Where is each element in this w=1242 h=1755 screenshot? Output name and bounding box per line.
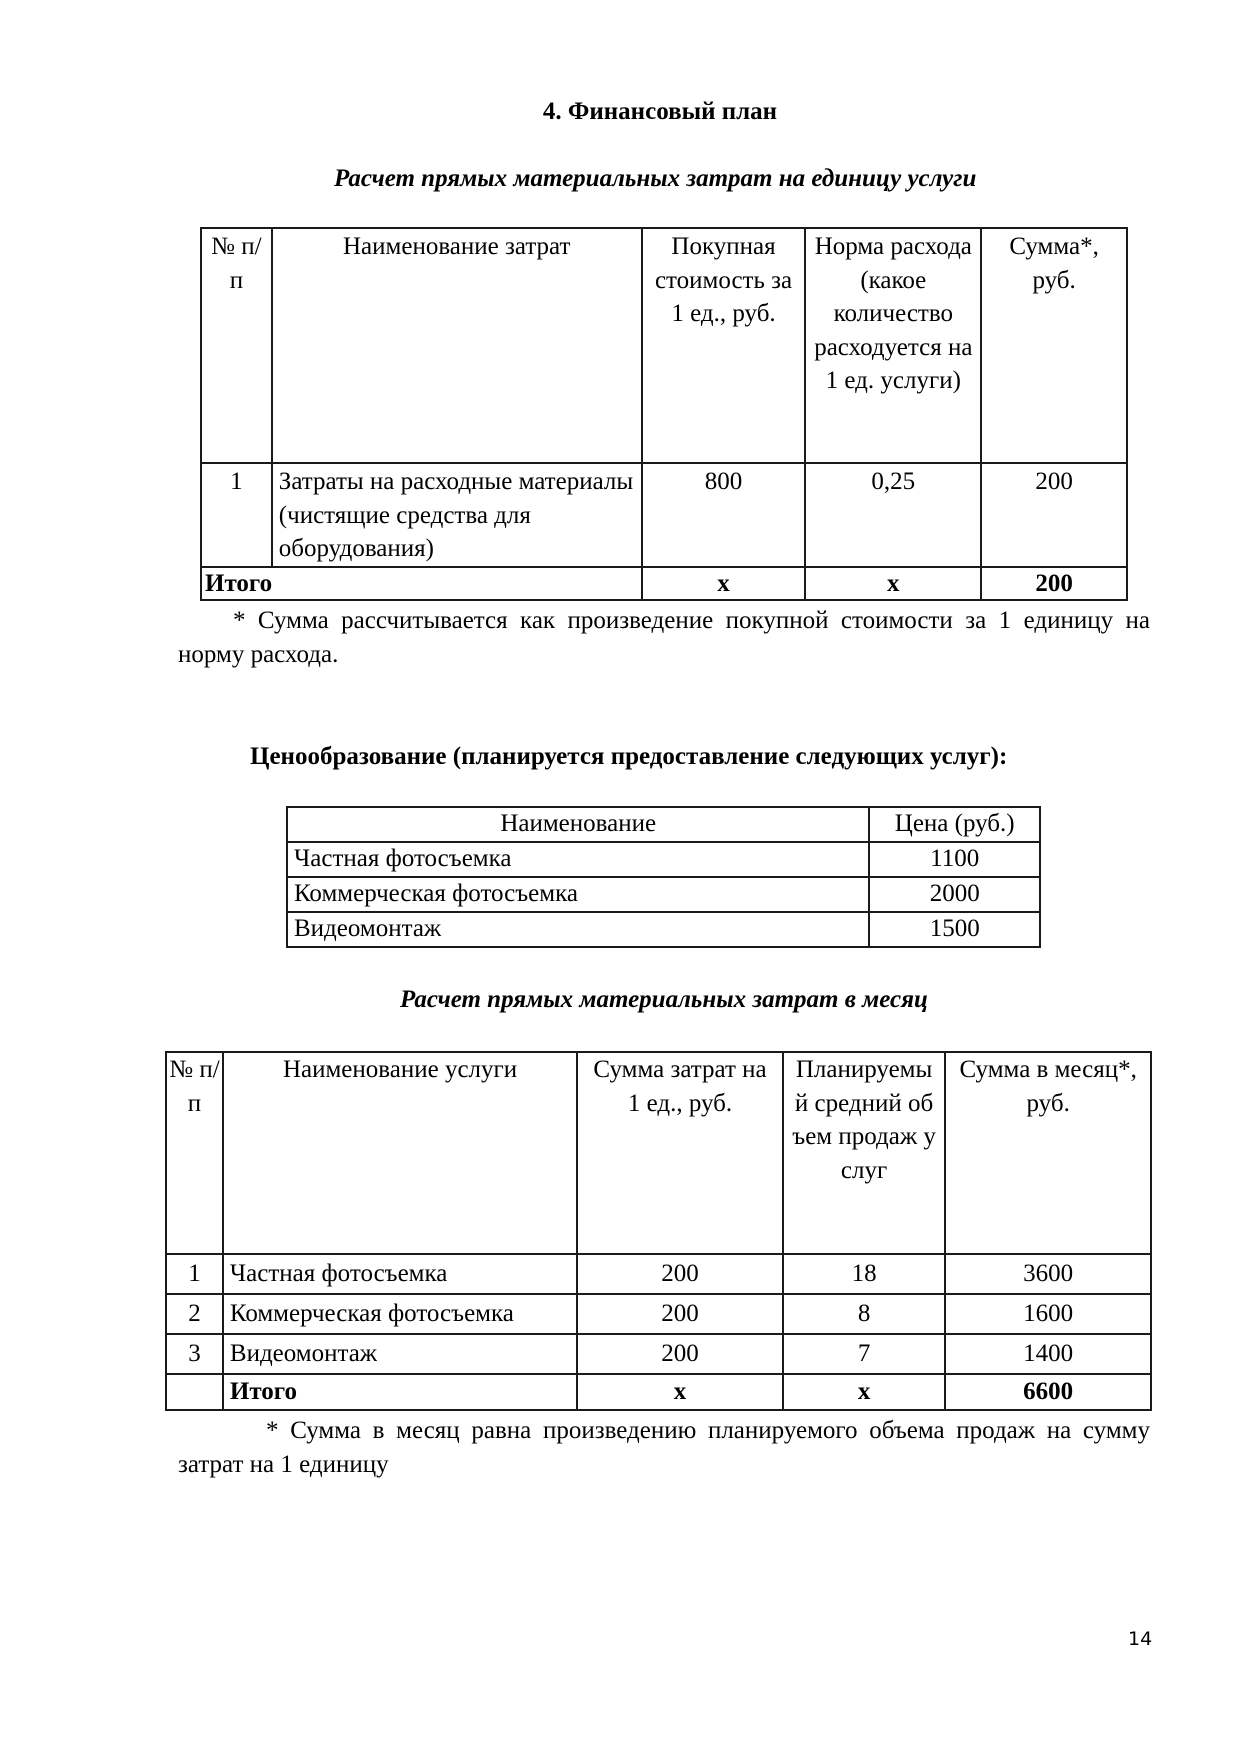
row-number: 1 — [201, 463, 272, 567]
table-row: Видеомонтаж 1500 — [287, 912, 1040, 947]
empty-cell — [166, 1374, 223, 1410]
total-sum: 200 — [981, 567, 1127, 600]
monthly-cost-table: № п/п Наименование услуги Сумма затрат н… — [165, 1051, 1152, 1411]
unit-cost: 200 — [577, 1294, 783, 1334]
header-cell: Сумма*, руб. — [981, 228, 1127, 463]
total-sum: 6600 — [945, 1374, 1151, 1410]
total-row: Итого х х 200 — [201, 567, 1127, 600]
table-header-row: Наименование Цена (руб.) — [287, 807, 1040, 842]
monthly-sum: 1600 — [945, 1294, 1151, 1334]
cost-sum: 200 — [981, 463, 1127, 567]
purchase-price: 800 — [642, 463, 806, 567]
monthly-sum: 3600 — [945, 1254, 1151, 1294]
service-name: Коммерческая фотосъемка — [223, 1294, 577, 1334]
sales-volume: 7 — [783, 1334, 946, 1374]
pricing-title: Ценообразование (планируется предоставле… — [250, 743, 1007, 771]
table-row: 2 Коммерческая фотосъемка 200 8 1600 — [166, 1294, 1151, 1334]
total-label: Итого — [201, 567, 642, 600]
row-number: 3 — [166, 1334, 223, 1374]
total-row: Итого х х 6600 — [166, 1374, 1151, 1410]
service-price: 2000 — [869, 877, 1040, 912]
table-header-row: № п/п Наименование услуги Сумма затрат н… — [166, 1052, 1151, 1254]
unit-cost-footnote: * Сумма рассчитывается как произведение … — [178, 604, 1150, 671]
header-cell: № п/п — [166, 1052, 223, 1254]
total-price: х — [642, 567, 806, 600]
row-number: 1 — [166, 1254, 223, 1294]
pricing-table: Наименование Цена (руб.) Частная фотосъе… — [286, 806, 1041, 948]
header-cell: Наименование услуги — [223, 1052, 577, 1254]
header-cell: № п/п — [201, 228, 272, 463]
table-header-row: № п/п Наименование затрат Покупная стоим… — [201, 228, 1127, 463]
service-name: Видеомонтаж — [287, 912, 869, 947]
service-price: 1100 — [869, 842, 1040, 877]
header-cell: Сумма в месяц*, руб. — [945, 1052, 1151, 1254]
service-name: Частная фотосъемка — [287, 842, 869, 877]
header-cell: Покупная стоимость за 1 ед., руб. — [642, 228, 806, 463]
unit-cost-table: № п/п Наименование затрат Покупная стоим… — [200, 227, 1128, 601]
section-title: 4. Финансовый план — [0, 98, 1242, 126]
header-cell: Наименование — [287, 807, 869, 842]
header-cell: Наименование затрат — [272, 228, 642, 463]
monthly-cost-footnote: * Сумма в месяц равна произведению плани… — [178, 1414, 1150, 1481]
header-cell: Планируемый средний объем продаж услуг — [783, 1052, 946, 1254]
total-unit-cost: х — [577, 1374, 783, 1410]
total-volume: х — [783, 1374, 946, 1410]
sales-volume: 18 — [783, 1254, 946, 1294]
total-label: Итого — [223, 1374, 577, 1410]
table-row: Коммерческая фотосъемка 2000 — [287, 877, 1040, 912]
table-row: 1 Частная фотосъемка 200 18 3600 — [166, 1254, 1151, 1294]
monthly-sum: 1400 — [945, 1334, 1151, 1374]
table-row: 3 Видеомонтаж 200 7 1400 — [166, 1334, 1151, 1374]
header-cell: Цена (руб.) — [869, 807, 1040, 842]
service-name: Частная фотосъемка — [223, 1254, 577, 1294]
service-price: 1500 — [869, 912, 1040, 947]
table-row: 1 Затраты на расходные материалы (чистящ… — [201, 463, 1127, 567]
unit-cost: 200 — [577, 1334, 783, 1374]
row-number: 2 — [166, 1294, 223, 1334]
page-number: 14 — [1128, 1628, 1152, 1650]
monthly-cost-table-title: Расчет прямых материальных затрат в меся… — [400, 986, 928, 1014]
header-cell: Норма расхода (какое количество расходуе… — [805, 228, 981, 463]
total-norm: х — [805, 567, 981, 600]
table-row: Частная фотосъемка 1100 — [287, 842, 1040, 877]
consumption-norm: 0,25 — [805, 463, 981, 567]
sales-volume: 8 — [783, 1294, 946, 1334]
service-name: Видеомонтаж — [223, 1334, 577, 1374]
unit-cost: 200 — [577, 1254, 783, 1294]
service-name: Коммерческая фотосъемка — [287, 877, 869, 912]
unit-cost-table-title: Расчет прямых материальных затрат на еди… — [334, 165, 976, 193]
cost-name: Затраты на расходные материалы (чистящие… — [272, 463, 642, 567]
header-cell: Сумма затрат на 1 ед., руб. — [577, 1052, 783, 1254]
